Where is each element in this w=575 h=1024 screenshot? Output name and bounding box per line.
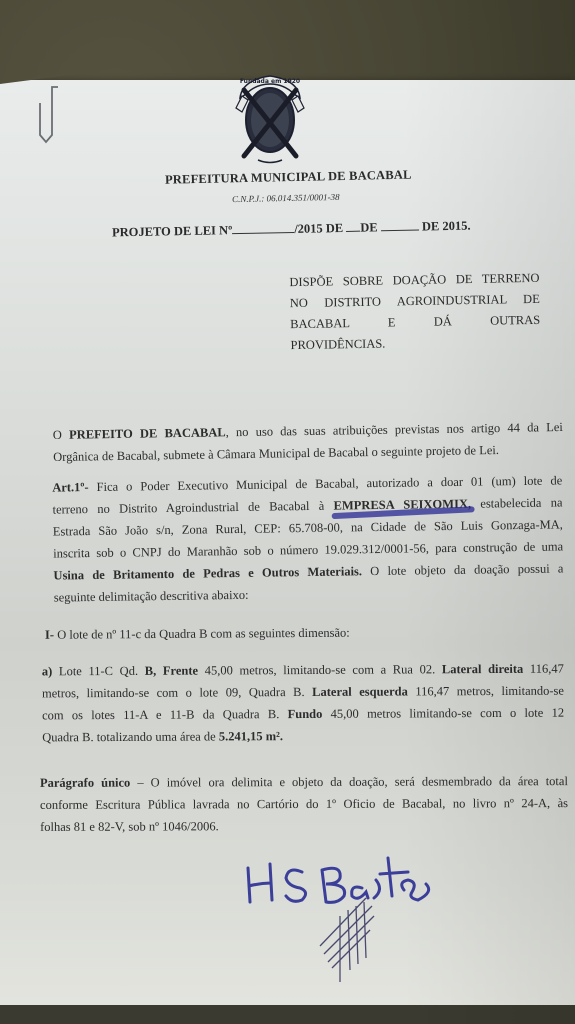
- text: , no uso das suas atribuições previstas …: [226, 420, 563, 439]
- preamble-paragraph: O PREFEITO DE BACABAL, no uso das suas a…: [53, 416, 564, 468]
- purpose: Usina de Britamento de Pedras e Outros M…: [53, 564, 362, 582]
- text: com os lotes 11-A e 11-B da Quadra B.: [42, 707, 288, 722]
- day-blank: [346, 221, 360, 232]
- item-a-line: a) Lote 11-C Qd. B, Frente 45,00 metros,…: [42, 658, 564, 683]
- paragrafo-line: folhas 81 e 82-V, sob nº 1046/2006.: [40, 814, 568, 838]
- bill-title-de: DE: [360, 220, 378, 234]
- paragrafo-line: conforme Escritura Pública lavrada no Ca…: [40, 792, 568, 816]
- month-blank: [381, 220, 419, 232]
- ementa-line: BACABAL E DÁ OUTRAS: [290, 310, 540, 335]
- text: O lote de nº 11-c da Quadra B com as seg…: [54, 626, 350, 642]
- item-a-line: metros, limitando-se com o lote 09, Quad…: [42, 680, 564, 705]
- bold-text: B, Frente: [145, 664, 198, 678]
- item-a-line: com os lotes 11-A e 11-B da Quadra B. Fu…: [42, 702, 564, 727]
- text: – O imóvel ora delimita e objeto da doaç…: [130, 774, 568, 790]
- company-name: EMPRESA SEIXOMIX,: [334, 497, 472, 513]
- item-i-label: I-: [45, 628, 54, 642]
- text: 45,00 metros limitando-se com o lote 12: [322, 706, 564, 721]
- text: 116,47 metros, limitando-se: [408, 684, 564, 699]
- paragrafo-line: Parágrafo único – O imóvel ora delimita …: [40, 770, 568, 794]
- text: 116,47: [523, 662, 564, 676]
- text: estabelecida na: [471, 495, 563, 510]
- article-1-paragraph: Art.1º- Fica o Poder Executivo Municipal…: [52, 469, 564, 608]
- bold-text: Fundo: [288, 707, 323, 721]
- bold-text: Lateral esquerda: [312, 684, 408, 699]
- paragrafo-label: Parágrafo único: [40, 776, 130, 790]
- paper-clip-icon: [36, 85, 58, 145]
- item-i-line: I- O lote de nº 11-c da Quadra B com as …: [45, 620, 555, 646]
- svg-text:Fundada em 1920: Fundada em 1920: [240, 78, 300, 85]
- text: Fica o Poder Executivo Municipal de Baca…: [89, 473, 563, 494]
- bill-title-suffix: DE 2015.: [422, 219, 471, 234]
- text: O lote objeto da doação possui a: [362, 561, 564, 578]
- ementa-line: PROVIDÊNCIAS.: [290, 331, 540, 356]
- bill-title-prefix: PROJETO DE LEI Nº: [112, 223, 232, 239]
- handwritten-signature: [240, 850, 440, 990]
- item-i: I- O lote de nº 11-c da Quadra B com as …: [45, 620, 555, 646]
- text: O: [53, 428, 69, 442]
- article-1-label: Art.1º-: [52, 480, 89, 495]
- bold-text: Lateral direita: [442, 662, 523, 676]
- text: 45,00 metros, limitando-se com a Rua 02.: [198, 662, 442, 677]
- item-a-line: Quadra B. totalizando uma área de 5.241,…: [42, 724, 564, 749]
- preamble-subject: PREFEITO DE BACABAL: [69, 425, 226, 441]
- item-a-label: a): [42, 664, 52, 678]
- text: Lote 11-C Qd.: [52, 664, 145, 678]
- text: metros, limitando-se com o lote 09, Quad…: [42, 685, 312, 700]
- text: terreno no Distrito Agroindustrial de Ba…: [52, 499, 333, 517]
- text: Quadra B. totalizando uma área de: [42, 729, 219, 744]
- paragrafo-unico: Parágrafo único – O imóvel ora delimita …: [40, 770, 568, 838]
- item-a: a) Lote 11-C Qd. B, Frente 45,00 metros,…: [42, 658, 564, 749]
- table-edge: [0, 1005, 575, 1024]
- coat-of-arms-icon: Fundada em 1920: [232, 68, 308, 168]
- bill-title-year: /2015 DE: [294, 221, 343, 236]
- ementa: DISPÕE SOBRE DOAÇÃO DE TERRENO NO DISTRI…: [289, 268, 540, 356]
- total-area: 5.241,15 m².: [219, 729, 283, 743]
- bill-number-blank: [232, 222, 294, 234]
